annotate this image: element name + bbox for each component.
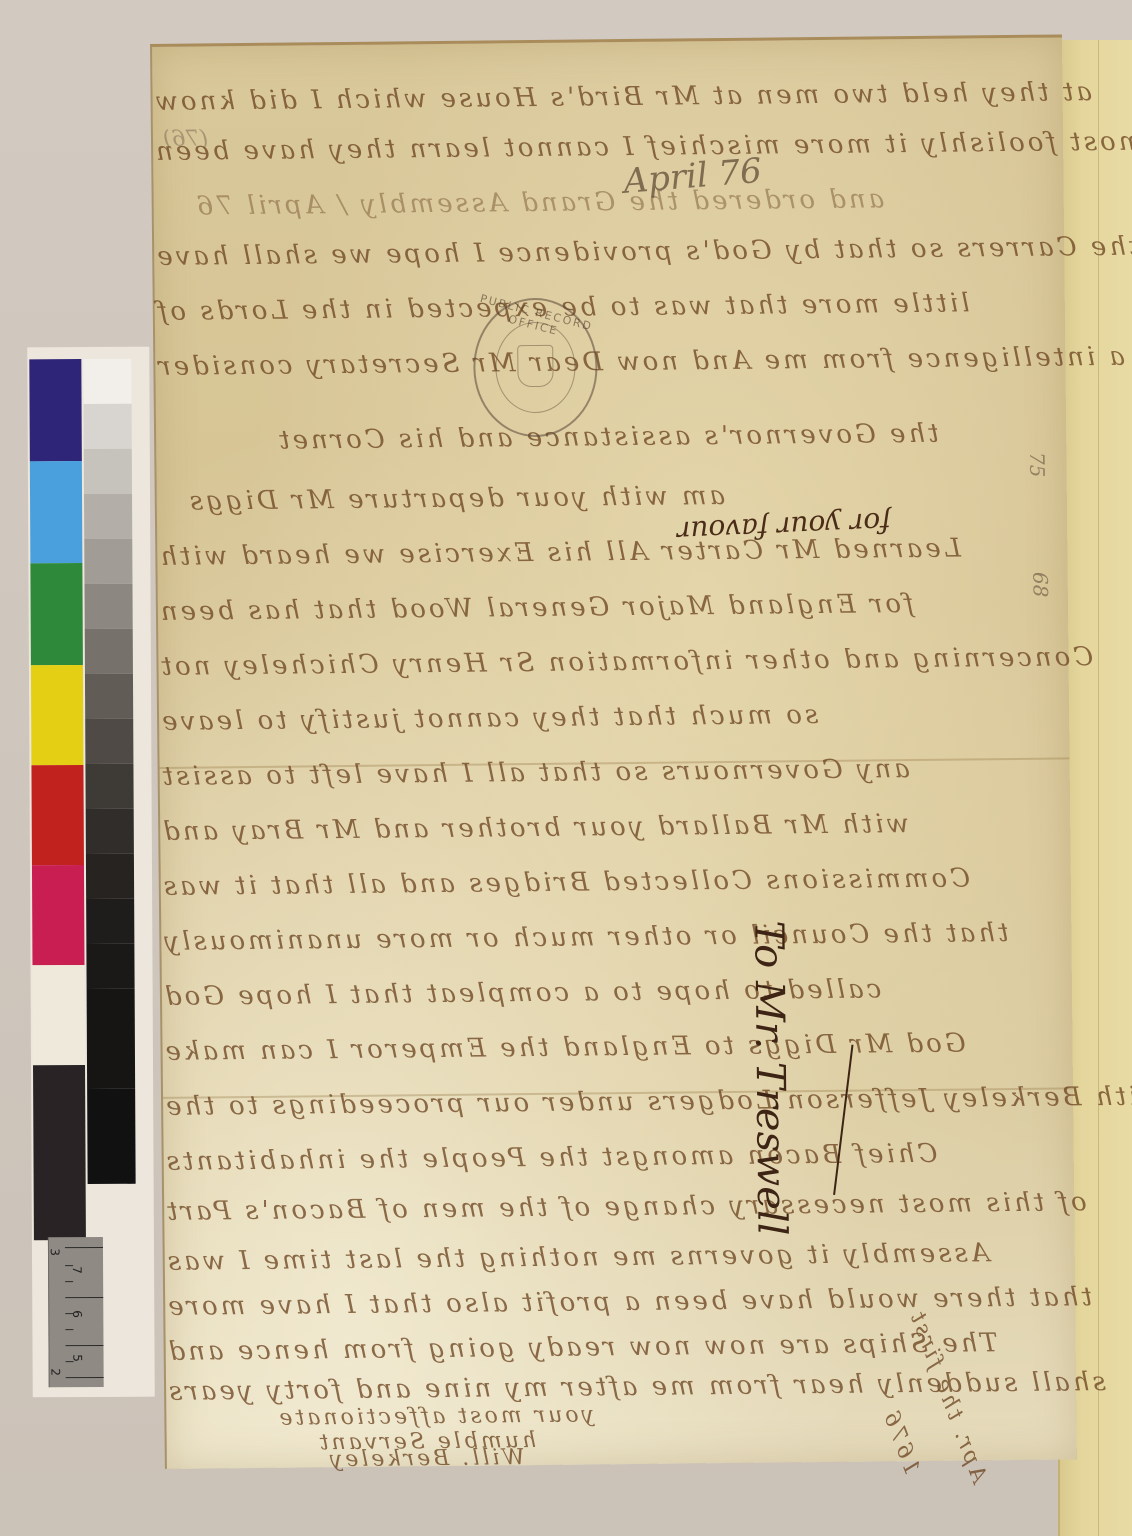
- gray-step: [86, 944, 134, 989]
- patch-yellow: [31, 665, 84, 765]
- patch-white: [32, 965, 85, 1065]
- patch-magenta: [32, 865, 85, 965]
- patch-green: [30, 563, 83, 665]
- text-line: any Governours so that all I have left t…: [160, 754, 910, 792]
- text-line: a intelligence from me And now Dear Mr S…: [155, 342, 1125, 382]
- text-line: so much that they cannot justify to leav…: [159, 700, 819, 737]
- gray-step: [85, 629, 133, 674]
- gray-step: [84, 449, 132, 494]
- patch-blue: [29, 359, 82, 461]
- gray-step: [87, 1089, 135, 1184]
- margin-number: 75: [1025, 452, 1049, 478]
- text-line: Chief Bacon amongst the People the inhab…: [164, 1139, 938, 1177]
- manuscript-sheet: (76) at they held two men at Mr Bird's H…: [150, 34, 1077, 1468]
- text-line: for England Major General Wood that has …: [158, 589, 914, 627]
- gray-step: [84, 539, 132, 584]
- text-line: shall suddenly hear from me after my nin…: [166, 1367, 1106, 1407]
- gray-step: [85, 674, 133, 719]
- patch-black: [33, 1065, 86, 1240]
- text-line: with Mr Ballard your brother and Mr Bray…: [160, 809, 909, 847]
- ruler-label: 2: [48, 1368, 62, 1376]
- gray-step: [84, 584, 132, 629]
- text-line: The Ships are now now ready going from h…: [166, 1328, 998, 1367]
- gray-step: [85, 719, 133, 764]
- ruler-label: 7: [70, 1266, 84, 1274]
- text-line: with Berkeley Jefferson Lodgers under ou…: [163, 1081, 1132, 1121]
- patch-cyan: [30, 461, 83, 563]
- crest-icon: [517, 345, 553, 387]
- ruler-label: 6: [70, 1310, 84, 1318]
- scale-ruler: 3 7 6 5 2: [48, 1237, 104, 1387]
- text-line: the Governor's assistance and his Cornet: [276, 419, 939, 456]
- text-line: Assembly it governs me nothing the last …: [165, 1238, 990, 1277]
- gray-step: [84, 404, 132, 449]
- text-line: the Carrers so that by God's providence …: [154, 232, 1132, 272]
- text-line: Commissions Collected Bridges and all th…: [161, 863, 971, 901]
- text-line: and ordered the Grand Assembly / April 7…: [194, 184, 885, 221]
- gray-step: [86, 899, 134, 944]
- gray-step: [86, 854, 134, 899]
- closing-line: your most affectionate: [276, 1402, 594, 1430]
- text-line: of this most necessary change of the men…: [164, 1187, 1087, 1227]
- record-office-stamp: PUBLIC RECORD OFFICE: [473, 297, 598, 437]
- text-line: that there would have been a profit also…: [165, 1282, 1092, 1322]
- gray-step: [83, 359, 131, 404]
- color-calibration-chart: 3 7 6 5 2: [27, 347, 154, 1398]
- gray-step: [84, 494, 132, 539]
- text-line: at they held two men at Mr Bird's House …: [152, 77, 1092, 117]
- gray-step: [87, 989, 136, 1089]
- underline-flourish: [822, 1040, 864, 1200]
- ruler-label: 3: [48, 1248, 62, 1256]
- gray-step: [85, 764, 133, 809]
- text-line: am with your departure Mr Diggs: [187, 481, 726, 517]
- backing-crease: [1098, 40, 1099, 1536]
- text-line: Concerning and other information Sr Henr…: [158, 642, 1093, 682]
- gray-step: [86, 809, 134, 854]
- ruler-label: 5: [70, 1354, 84, 1362]
- address-line: To Mr. Treswell: [745, 920, 794, 1235]
- patch-red: [31, 765, 84, 865]
- text-line: that the Council or other much or more u…: [161, 918, 1008, 957]
- margin-number: 68: [1028, 572, 1052, 598]
- signature: Will. Berkeley: [327, 1445, 525, 1472]
